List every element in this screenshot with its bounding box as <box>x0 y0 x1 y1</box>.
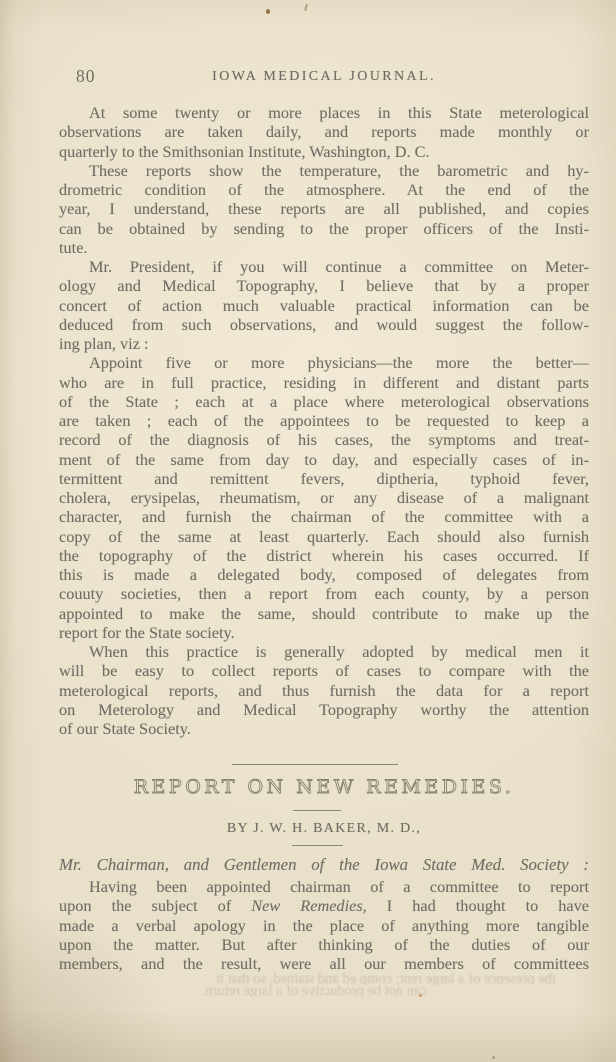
text-line: will be easy to collect reports of cases… <box>59 661 589 680</box>
text-line: appointed to make the same, should contr… <box>59 604 589 623</box>
text-segment: upon the subject of <box>59 896 251 915</box>
text-line: record of the diagnosis of his cases, th… <box>59 430 589 449</box>
page-number: 80 <box>76 66 96 87</box>
text-line: are taken ; each of the appointees to be… <box>59 411 589 430</box>
section-heading: REPORT ON NEW REMEDIES. <box>59 776 589 798</box>
text-line: of our State Society. <box>59 719 589 738</box>
salutation-line: Mr. Chairman, and Gentlemen of the Iowa … <box>59 855 589 875</box>
text-line: character, and furnish the chairman of t… <box>59 507 589 526</box>
article-new-remedies-text: Having been appointed chairman of a comm… <box>59 877 589 973</box>
journal-title: IOWA MEDICAL JOURNAL. <box>59 66 589 85</box>
text-line: couuty societies, then a report from eac… <box>59 584 589 603</box>
text-line: observations are taken daily, and report… <box>59 122 589 141</box>
byline-underline-rule <box>292 845 343 846</box>
text-line: ing plan, viz : <box>59 334 589 353</box>
paragraph: Mr. President, if you will continue a co… <box>59 257 589 353</box>
text-line: the topography of the district wherein h… <box>59 546 589 565</box>
text-line: upon the matter. But after thinking of t… <box>59 935 589 954</box>
text-line: on Meterology and Medical Topography wor… <box>59 700 589 719</box>
author-byline: BY J. W. H. BAKER, M. D., <box>59 821 589 837</box>
paper-speck <box>266 9 270 14</box>
text-line: cholera, erysipelas, rheumatism, or any … <box>59 488 589 507</box>
paper-speck <box>419 994 422 997</box>
text-line: of the State ; each at a place where met… <box>59 392 589 411</box>
paragraph: These reports show the temperature, the … <box>59 161 589 257</box>
text-line: tute. <box>59 238 589 257</box>
article-meteorology-text: At some twenty or more places in this St… <box>59 103 589 738</box>
text-line: Having been appointed chairman of a comm… <box>59 877 589 896</box>
text-line: who are in full practice, residing in di… <box>59 373 589 392</box>
paragraph: Appoint five or more physicians—the more… <box>59 353 589 642</box>
italic-phrase: New Remedies, <box>251 896 366 915</box>
heading-underline-rule <box>293 810 341 811</box>
text-line: meterological reports, and thus furnish … <box>59 681 589 700</box>
text-line: quarterly to the Smithsonian Institute, … <box>59 142 589 161</box>
journal-page: 80 IOWA MEDICAL JOURNAL. At some twenty … <box>0 0 616 1062</box>
text-line: deduced from such observations, and woul… <box>59 315 589 334</box>
text-line: These reports show the temperature, the … <box>59 161 589 180</box>
paragraph: When this practice is generally adopted … <box>59 642 589 738</box>
text-line: termittent and remittent fevers, dipther… <box>59 469 589 488</box>
text-line: concert of action much valuable practica… <box>59 296 589 315</box>
paper-speck <box>304 4 308 11</box>
bleedthrough-text-line: the presence of a large rent; comp ed an… <box>59 973 556 985</box>
bleedthrough-text-line: can not be productive of a large return. <box>143 985 427 997</box>
text-line: report for the State society. <box>59 623 589 642</box>
paper-speck <box>492 1056 495 1059</box>
text-segment: I had thought to have <box>367 896 589 915</box>
text-line: this is made a delegated body, composed … <box>59 565 589 584</box>
section-divider-rule <box>232 764 398 765</box>
text-line: members, and the result, were all our me… <box>59 954 589 973</box>
text-line: Appoint five or more physicians—the more… <box>59 353 589 372</box>
text-line: year, I understand, these reports are al… <box>59 199 589 218</box>
text-line: ology and Medical Topography, I believe … <box>59 276 589 295</box>
text-line: At some twenty or more places in this St… <box>59 103 589 122</box>
text-line: Mr. President, if you will continue a co… <box>59 257 589 276</box>
paragraph: At some twenty or more places in this St… <box>59 103 589 161</box>
text-line: When this practice is generally adopted … <box>59 642 589 661</box>
text-line: drometric condition of the atmosphere. A… <box>59 180 589 199</box>
text-line: upon the subject of New Remedies, I had … <box>59 896 589 915</box>
paragraph: Having been appointed chairman of a comm… <box>59 877 589 973</box>
text-line: can be obtained by sending to the proper… <box>59 219 589 238</box>
text-line: made a verbal apology in the place of an… <box>59 916 589 935</box>
text-line: copy of the same at least quarterly. Eac… <box>59 527 589 546</box>
page-header: 80 IOWA MEDICAL JOURNAL. <box>59 66 589 90</box>
text-line: ment of the same from day to day, and es… <box>59 450 589 469</box>
